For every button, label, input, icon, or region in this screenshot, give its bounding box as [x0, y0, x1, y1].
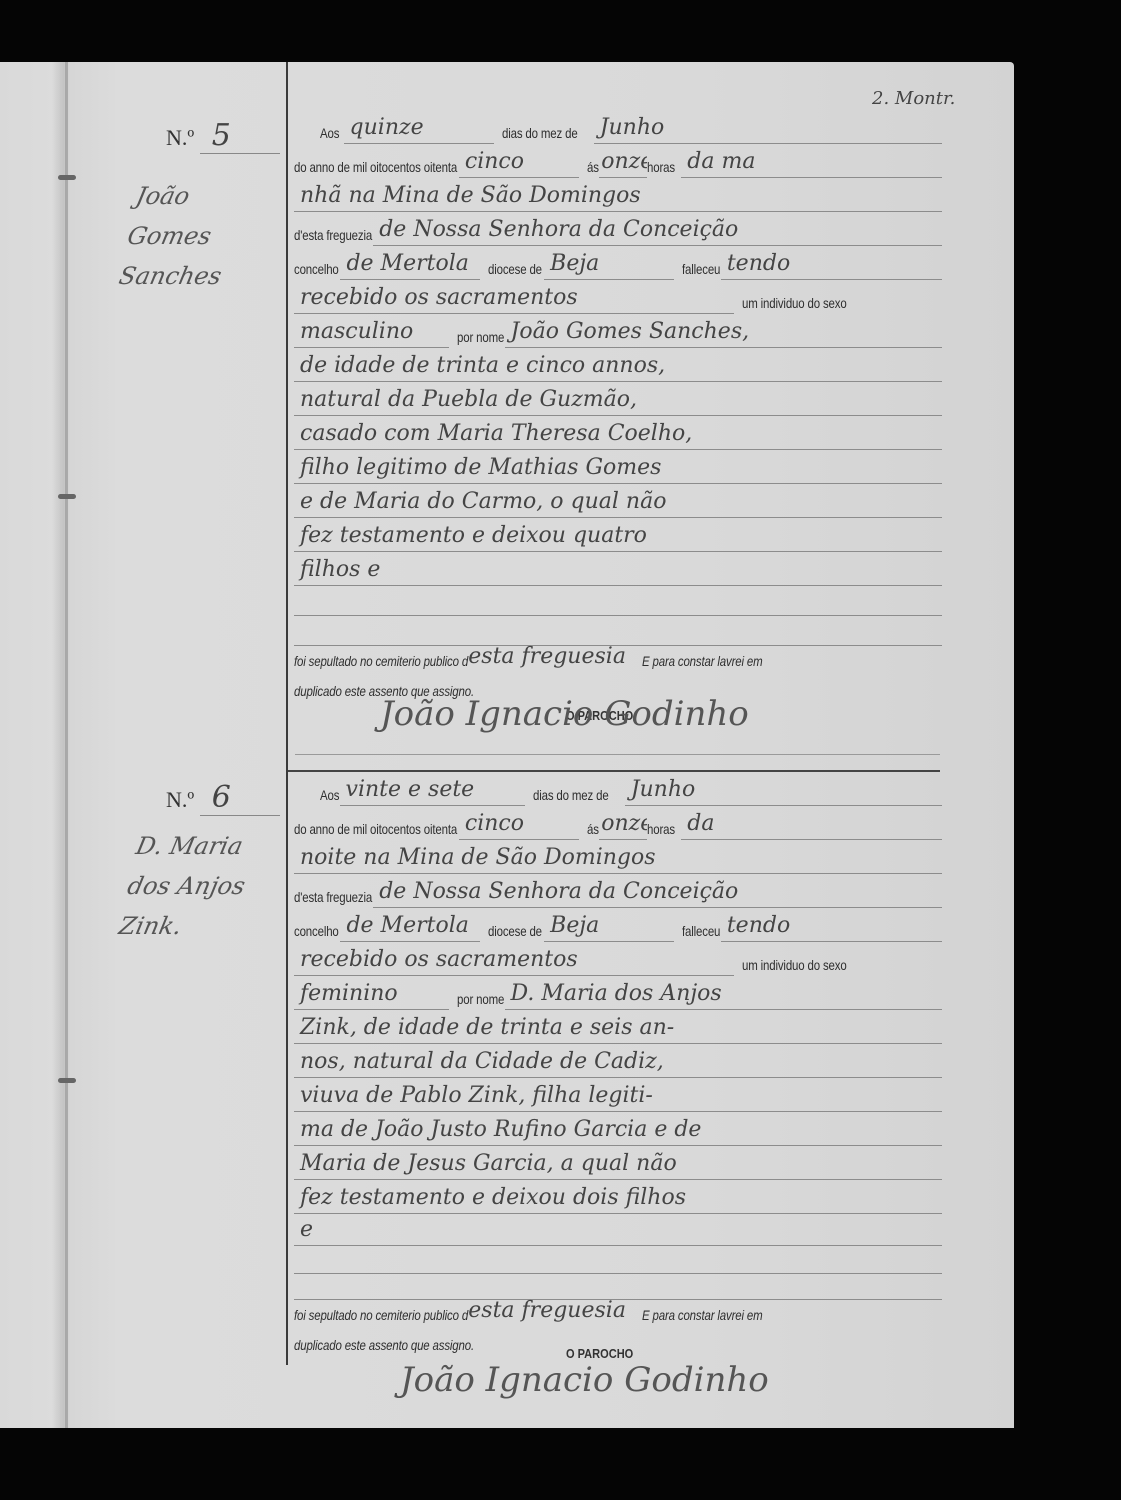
record-line: masculino por nome João Gomes Sanches, [294, 314, 942, 348]
parish-field: de Nossa Senhora da Conceição [373, 215, 942, 246]
entry-number-value: 6 [200, 780, 280, 816]
record-line: fez testamento e deixou quatro [294, 518, 942, 552]
day-field: quinze [344, 113, 494, 144]
record-line: nhã na Mina de São Domingos [294, 178, 942, 212]
record-line: natural da Puebla de Guzmão, [294, 382, 942, 416]
month-field: Junho [594, 113, 942, 144]
name-field: D. Maria dos Anjos [505, 979, 942, 1010]
column-divider [286, 62, 288, 1365]
record-line: feminino por nome D. Maria dos Anjos [294, 976, 942, 1010]
name-field: João Gomes Sanches, [505, 317, 942, 348]
record-line: recebido os sacramentos um individuo do … [294, 942, 942, 976]
month-field: Junho [625, 775, 942, 806]
record-line: de idade de trinta e cinco annos, [294, 348, 942, 382]
year-field: cinco [459, 147, 579, 178]
binding-stitch [58, 1078, 76, 1083]
binding-stitch-line [65, 62, 68, 1428]
municipality-field: de Mertola [340, 249, 480, 280]
binding-stitch [58, 494, 76, 499]
entry-number: N.º 5 [166, 118, 280, 154]
record-line: fez testamento e deixou dois filhos [294, 1180, 942, 1214]
priest-signature: João Ignacio Godinho [400, 1360, 769, 1400]
binding-shadow [52, 62, 66, 1428]
record-line: concelho de Mertola diocese de Beja fall… [294, 246, 942, 280]
year-field: cinco [459, 809, 579, 840]
record-line: filhos e [294, 552, 942, 586]
parocho-label: O PAROCHO [566, 1346, 633, 1361]
burial-line: foi sepultado no cemiterio publico d est… [294, 638, 942, 672]
binding-stitch [58, 175, 76, 180]
corner-annotation: 2. Montr. [872, 88, 955, 109]
place-field: nhã na Mina de São Domingos [294, 181, 942, 212]
hour-field: onze [599, 147, 647, 178]
diocese-field: Beja [544, 911, 674, 942]
diocese-field: Beja [544, 249, 674, 280]
record-line: viuva de Pablo Zink, filha legiti- [294, 1078, 942, 1112]
margin-name: João Gomes Sanches [115, 176, 291, 296]
parish-field: de Nossa Senhora da Conceição [373, 877, 942, 908]
record-line: d'esta freguezia de Nossa Senhora da Con… [294, 874, 942, 908]
margin-name: D. Maria dos Anjos Zink. [115, 826, 291, 946]
burial-line: foi sepultado no cemiterio publico d est… [294, 1292, 942, 1326]
record-line: Aos vinte e sete dias do mez de Junho [294, 772, 942, 806]
record-line: do anno de mil oitocentos oitenta cinco … [294, 144, 942, 178]
time-of-day-field: da ma [681, 147, 942, 178]
record-line: casado com Maria Theresa Coelho, [294, 416, 942, 450]
record-line: noite na Mina de São Domingos [294, 840, 942, 874]
place-field: noite na Mina de São Domingos [294, 843, 942, 874]
record-line: nos, natural da Cidade de Cadiz, [294, 1044, 942, 1078]
record-line: Aos quinze dias do mez de Junho [294, 110, 942, 144]
signature-line [295, 754, 940, 755]
record-line [294, 582, 942, 616]
sex-field: feminino [294, 979, 449, 1010]
entry-number-value: 5 [200, 118, 280, 154]
entry-number: N.º 6 [166, 780, 280, 816]
record-line: concelho de Mertola diocese de Beja fall… [294, 908, 942, 942]
record-line: filho legitimo de Mathias Gomes [294, 450, 942, 484]
record-line: e de Maria do Carmo, o qual não [294, 484, 942, 518]
record-line: recebido os sacramentos um individuo do … [294, 280, 942, 314]
record-line: ma de João Justo Rufino Garcia e de [294, 1112, 942, 1146]
record-line: do anno de mil oitocentos oitenta cinco … [294, 806, 942, 840]
priest-signature: João Ignacio Godinho [380, 694, 749, 734]
municipality-field: de Mertola [340, 911, 480, 942]
record-line: Zink, de idade de trinta e seis an- [294, 1010, 942, 1044]
hour-field: onze [599, 809, 647, 840]
time-of-day-field: da [681, 809, 942, 840]
record-line: Maria de Jesus Garcia, a qual não [294, 1146, 942, 1180]
day-field: vinte e sete [340, 775, 525, 806]
record-line: d'esta freguezia de Nossa Senhora da Con… [294, 212, 942, 246]
sex-field: masculino [294, 317, 449, 348]
